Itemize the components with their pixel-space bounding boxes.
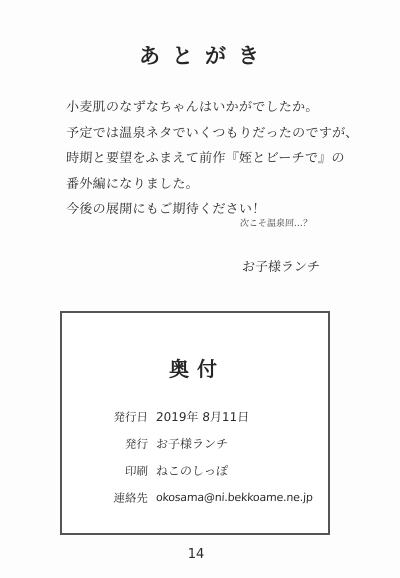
afterword-signature: お子様ランチ <box>241 256 320 275</box>
afterword-line: 今後の展開にもご期待ください！ <box>65 197 366 223</box>
afterword-line: 番外編になりました。 <box>65 172 366 198</box>
afterword-body: 小麦肌のなずなちゃんはいかがでしたか。 予定では温泉ネタでいくつもりだったのです… <box>66 95 366 223</box>
publish-date-value: 2019年 8月11日 <box>156 408 333 425</box>
colophon-title: 奥付 <box>62 353 328 382</box>
afterword-aside-note: 次こそ温泉回…？ <box>240 216 313 229</box>
contact-email: okosama@ni.bekkoame.ne.jp <box>156 491 333 504</box>
colophon-row-printer: 印刷 ねこのしっぽ <box>102 457 332 484</box>
afterword-line: 時期と要望をふまえて前作『姪とビーチで』の <box>65 146 366 172</box>
afterword-title: あとがき <box>0 40 400 70</box>
publisher-value: お子様ランチ <box>156 435 333 452</box>
colophon-rows: 発行日 2019年 8月11日 発行 お子様ランチ 印刷 ねこのしっぽ 連絡先 … <box>102 403 332 511</box>
afterword-line: 予定では温泉ネタでいくつもりだったのですが、 <box>65 121 366 147</box>
contact-label: 連絡先 <box>102 490 157 506</box>
printer-label: 印刷 <box>102 463 157 479</box>
publisher-label: 発行 <box>102 436 157 452</box>
publish-date-label: 発行日 <box>102 409 157 425</box>
book-page: あとがき 小麦肌のなずなちゃんはいかがでしたか。 予定では温泉ネタでいくつもりだ… <box>0 0 400 578</box>
colophon-row-contact: 連絡先 okosama@ni.bekkoame.ne.jp <box>102 484 332 511</box>
printer-value: ねこのしっぽ <box>156 462 333 479</box>
afterword-line: 小麦肌のなずなちゃんはいかがでしたか。 <box>65 95 366 121</box>
page-number: 14 <box>0 547 400 562</box>
colophon-row-publish-date: 発行日 2019年 8月11日 <box>102 403 332 430</box>
colophon-row-publisher: 発行 お子様ランチ <box>102 430 332 457</box>
colophon-box: 奥付 発行日 2019年 8月11日 発行 お子様ランチ 印刷 ねこのしっぽ 連… <box>60 311 330 535</box>
